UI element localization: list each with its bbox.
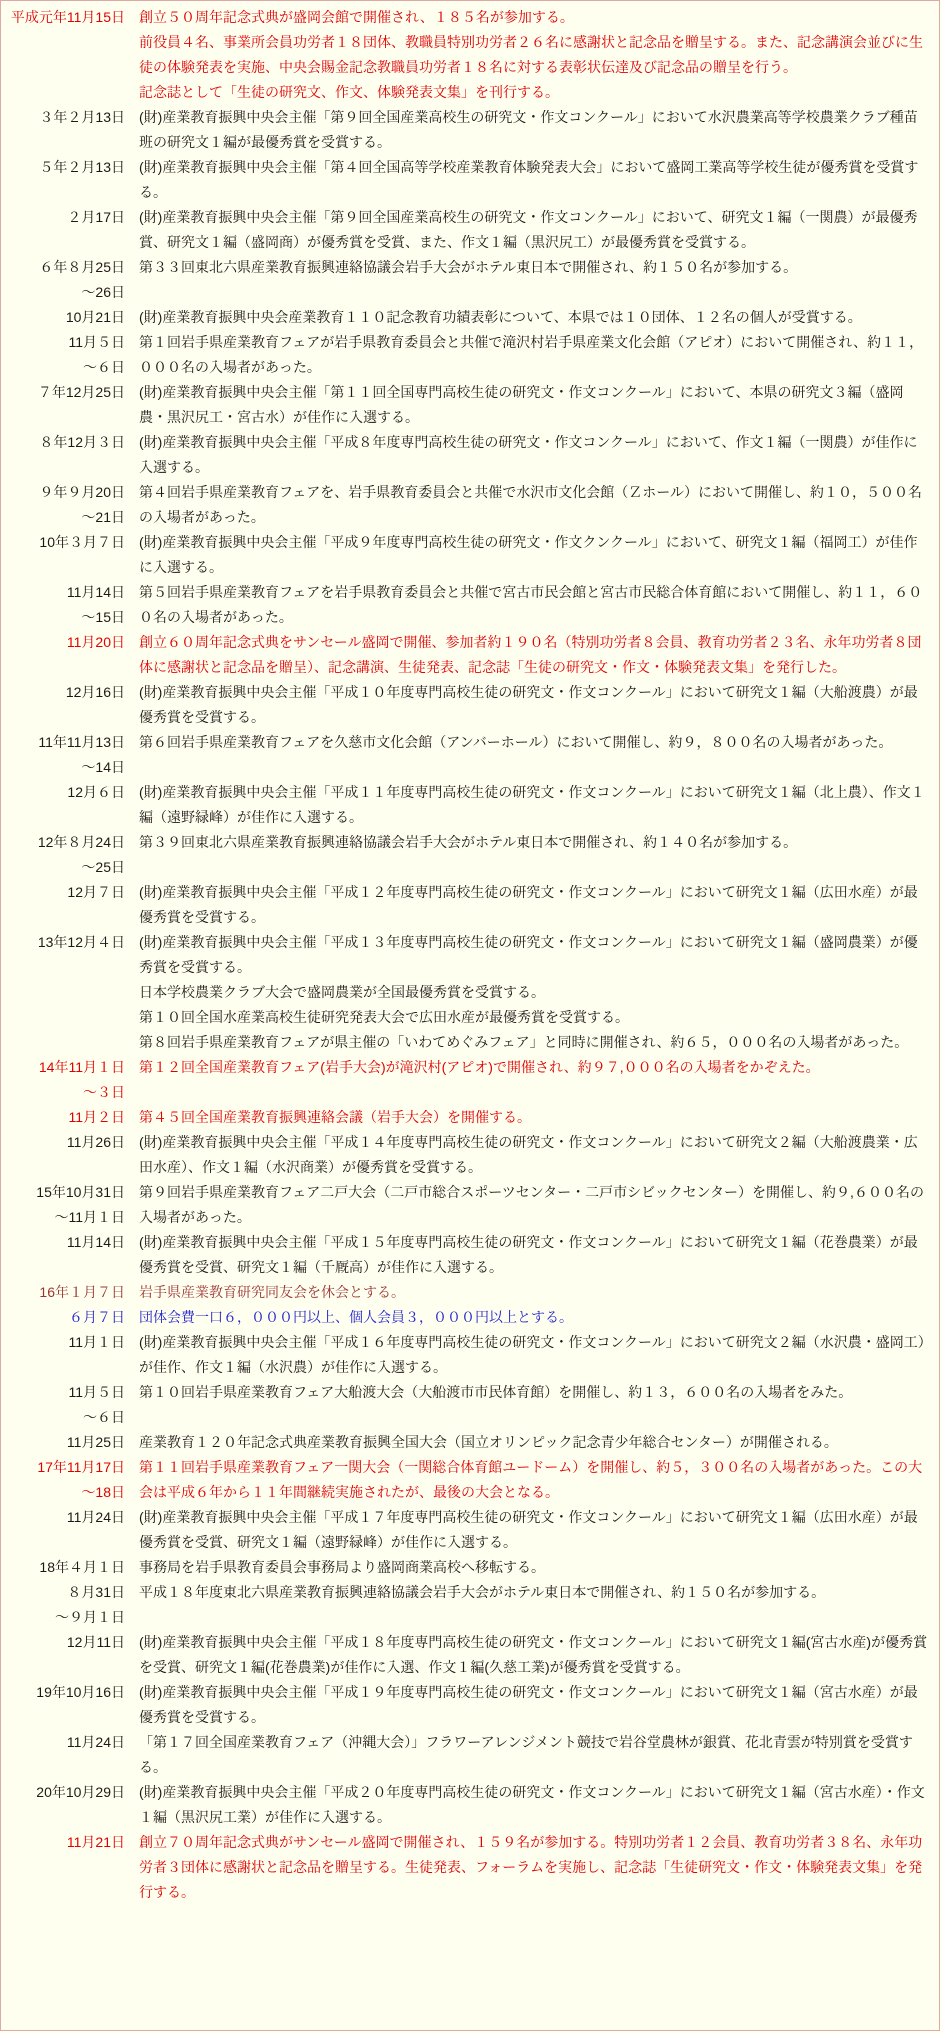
date-cell: 11月14日 (1, 1230, 129, 1255)
description-paragraph: 第９回岩手県産業教育フェア二戸大会（二戸市総合スポーツセンター・二戸市シビックセ… (139, 1180, 931, 1230)
date-cell: 11月20日 (1, 630, 129, 655)
description-cell: (財)産業教育振興中央会産業教育１１０記念教育功績表彰について、本県では１０団体… (129, 305, 939, 330)
table-row: 19年10月16日 (財)産業教育振興中央会主催「平成１９年度専門高校生徒の研究… (1, 1680, 939, 1730)
date-cell: 11月24日 (1, 1505, 129, 1530)
table-row: 16年１月７日 岩手県産業教育研究同友会を休会とする。 (1, 1280, 939, 1305)
date-cell: ８年12月３日 (1, 430, 129, 455)
table-row: 11月１日 (財)産業教育振興中央会主催「平成１６年度専門高校生徒の研究文・作文… (1, 1330, 939, 1380)
description-paragraph: 産業教育１２０年記念式典産業教育振興全国大会（国立オリンピック記念青少年総合セン… (139, 1430, 931, 1455)
description-paragraph: (財)産業教育振興中央会主催「第９回全国産業高校生の研究文・作文コンクール」にお… (139, 205, 931, 255)
table-row: 11月21日 創立７０周年記念式典がサンセール盛岡で開催され、１５９名が参加する… (1, 1830, 939, 1905)
date-cell: 10月21日 (1, 305, 129, 330)
description-paragraph: (財)産業教育振興中央会主催「平成１１年度専門高校生徒の研究文・作文コンクール」… (139, 780, 931, 830)
date-line: 11月５日 (1, 1380, 125, 1405)
timeline-table: 平成元年11月15日 創立５０周年記念式典が盛岡会館で開催され、１８５名が参加す… (0, 0, 940, 2031)
table-row: 17年11月17日〜18日 第１１回岩手県産業教育フェア一関大会（一関総合体育館… (1, 1455, 939, 1505)
date-cell: ９年９月20日〜21日 (1, 480, 129, 530)
description-cell: 第６回岩手県産業教育フェアを久慈市文化会館（アンバーホール）において開催し、約９… (129, 730, 939, 755)
date-cell: ７年12月25日 (1, 380, 129, 405)
date-line: 12月16日 (1, 680, 125, 705)
date-cell: 12月６日 (1, 780, 129, 805)
table-row: 11月５日〜６日 第１０回岩手県産業教育フェア大船渡大会（大船渡市市民体育館）を… (1, 1380, 939, 1430)
description-cell: (財)産業教育振興中央会主催「平成１０年度専門高校生徒の研究文・作文コンクール」… (129, 680, 939, 730)
description-cell: 第３３回東北六県産業教育振興連絡協議会岩手大会がホテル東日本で開催され、約１５０… (129, 255, 939, 280)
date-cell: ５年２月13日 (1, 155, 129, 180)
description-cell: 第１回岩手県産業教育フェアが岩手県教育委員会と共催で滝沢村岩手県産業文化会館（ア… (129, 330, 939, 380)
description-cell: 産業教育１２０年記念式典産業教育振興全国大会（国立オリンピック記念青少年総合セン… (129, 1430, 939, 1455)
description-cell: 岩手県産業教育研究同友会を休会とする。 (129, 1280, 939, 1305)
description-cell: 団体会費一口６，０００円以上、個人会員３，０００円以上とする。 (129, 1305, 939, 1330)
description-paragraph: 第５回岩手県産業教育フェアを岩手県教育委員会と共催で宮古市民会館と宮古市民総合体… (139, 580, 931, 630)
date-line: ７年12月25日 (1, 380, 125, 405)
table-row: 11月２日 第４５回全国産業教育振興連絡会議（岩手大会）を開催する。 (1, 1105, 939, 1130)
date-line: 17年11月17日 (1, 1455, 125, 1480)
description-cell: (財)産業教育振興中央会主催「平成１７年度専門高校生徒の研究文・作文コンクール」… (129, 1505, 939, 1555)
table-row: 13年12月４日 (財)産業教育振興中央会主催「平成１３年度専門高校生徒の研究文… (1, 930, 939, 1055)
date-line: ３年２月13日 (1, 105, 125, 130)
table-row: ７年12月25日 (財)産業教育振興中央会主催「第１１回全国専門高校生徒の研究文… (1, 380, 939, 430)
description-cell: 第５回岩手県産業教育フェアを岩手県教育委員会と共催で宮古市民会館と宮古市民総合体… (129, 580, 939, 630)
date-line: 〜15日 (1, 605, 125, 630)
description-paragraph: 記念誌として「生徒の研究文、作文、体験発表文集」を刊行する。 (139, 80, 931, 105)
date-cell: 15年10月31日〜11月１日 (1, 1180, 129, 1230)
date-cell: 11年11月13日〜14日 (1, 730, 129, 780)
table-row: 18年４月１日 事務局を岩手県教育委員会事務局より盛岡商業高校へ移転する。 (1, 1555, 939, 1580)
table-row: 11月20日 創立６０周年記念式典をサンセール盛岡で開催、参加者約１９０名（特別… (1, 630, 939, 680)
description-paragraph: (財)産業教育振興中央会主催「平成９年度専門高校生徒の研究文・作文クンクール」に… (139, 530, 931, 580)
description-paragraph: 第４５回全国産業教育振興連絡会議（岩手大会）を開催する。 (139, 1105, 931, 1130)
table-row: ６年８月25日〜26日 第３３回東北六県産業教育振興連絡協議会岩手大会がホテル東… (1, 255, 939, 305)
table-row: ８年12月３日 (財)産業教育振興中央会主催「平成８年度専門高校生徒の研究文・作… (1, 430, 939, 480)
date-line: 11月２日 (1, 1105, 125, 1130)
description-paragraph: 第１０回岩手県産業教育フェア大船渡大会（大船渡市市民体育館）を開催し、約１３，６… (139, 1380, 931, 1405)
date-line: 11月21日 (1, 1830, 125, 1855)
date-cell: 17年11月17日〜18日 (1, 1455, 129, 1505)
description-paragraph: (財)産業教育振興中央会主催「平成１３年度専門高校生徒の研究文・作文コンクール」… (139, 930, 931, 980)
description-paragraph: 団体会費一口６，０００円以上、個人会員３，０００円以上とする。 (139, 1305, 931, 1330)
date-line: 11月26日 (1, 1130, 125, 1155)
description-cell: (財)産業教育振興中央会主催「平成１３年度専門高校生徒の研究文・作文コンクール」… (129, 930, 939, 1055)
table-row: 20年10月29日 (財)産業教育振興中央会主催「平成２０年度専門高校生徒の研究… (1, 1780, 939, 1830)
description-paragraph: (財)産業教育振興中央会主催「平成１４年度専門高校生徒の研究文・作文コンクール」… (139, 1130, 931, 1180)
date-line: 19年10月16日 (1, 1680, 125, 1705)
table-row: 11月24日 (財)産業教育振興中央会主催「平成１７年度専門高校生徒の研究文・作… (1, 1505, 939, 1555)
date-line: 11月25日 (1, 1430, 125, 1455)
description-paragraph: (財)産業教育振興中央会主催「第９回全国産業高校生の研究文・作文コンクール」にお… (139, 105, 931, 155)
description-paragraph: 日本学校農業クラブ大会で盛岡農業が全国最優秀賞を受賞する。 (139, 980, 931, 1005)
description-cell: (財)産業教育振興中央会主催「平成１６年度専門高校生徒の研究文・作文コンクール」… (129, 1330, 939, 1380)
description-cell: (財)産業教育振興中央会主催「第４回全国高等学校産業教育体験発表大会」において盛… (129, 155, 939, 205)
description-cell: (財)産業教育振興中央会主催「第１１回全国専門高校生徒の研究文・作文コンクール」… (129, 380, 939, 430)
date-line: 18年４月１日 (1, 1555, 125, 1580)
date-cell: 12月16日 (1, 680, 129, 705)
date-line: 11月24日 (1, 1505, 125, 1530)
date-cell: 11月５日〜６日 (1, 1380, 129, 1430)
description-paragraph: 創立６０周年記念式典をサンセール盛岡で開催、参加者約１９０名（特別功労者８会員、… (139, 630, 931, 680)
description-cell: 事務局を岩手県教育委員会事務局より盛岡商業高校へ移転する。 (129, 1555, 939, 1580)
table-row: 12月７日 (財)産業教育振興中央会主催「平成１２年度専門高校生徒の研究文・作文… (1, 880, 939, 930)
date-line: 11月５日 (1, 330, 125, 355)
table-row: ２月17日 (財)産業教育振興中央会主催「第９回全国産業高校生の研究文・作文コン… (1, 205, 939, 255)
table-row: 12年８月24日〜25日 第３９回東北六県産業教育振興連絡協議会岩手大会がホテル… (1, 830, 939, 880)
date-cell: 12月７日 (1, 880, 129, 905)
date-line: 12月７日 (1, 880, 125, 905)
description-cell: (財)産業教育振興中央会主催「第９回全国産業高校生の研究文・作文コンクール」にお… (129, 205, 939, 255)
date-line: 11月14日 (1, 1230, 125, 1255)
date-line: 14年11月１日 (1, 1055, 125, 1080)
description-cell: 第１０回岩手県産業教育フェア大船渡大会（大船渡市市民体育館）を開催し、約１３，６… (129, 1380, 939, 1405)
date-line: 10年３月７日 (1, 530, 125, 555)
description-cell: 第３９回東北六県産業教育振興連絡協議会岩手大会がホテル東日本で開催され、約１４０… (129, 830, 939, 855)
date-cell: 平成元年11月15日 (1, 5, 129, 30)
description-paragraph: 第６回岩手県産業教育フェアを久慈市文化会館（アンバーホール）において開催し、約９… (139, 730, 931, 755)
table-row: 12月11日 (財)産業教育振興中央会主催「平成１８年度専門高校生徒の研究文・作… (1, 1630, 939, 1680)
description-cell: (財)産業教育振興中央会主催「平成１９年度専門高校生徒の研究文・作文コンクール」… (129, 1680, 939, 1730)
table-row: 15年10月31日〜11月１日 第９回岩手県産業教育フェア二戸大会（二戸市総合ス… (1, 1180, 939, 1230)
description-cell: (財)産業教育振興中央会主催「平成１５年度専門高校生徒の研究文・作文コンクール」… (129, 1230, 939, 1280)
description-paragraph: 「第１７回全国産業教育フェア（沖縄大会）」フラワーアレンジメント競技で岩谷堂農林… (139, 1730, 931, 1780)
date-line: ６年８月25日 (1, 255, 125, 280)
table-row: 11月５日〜６日 第１回岩手県産業教育フェアが岩手県教育委員会と共催で滝沢村岩手… (1, 330, 939, 380)
table-row: 12月６日 (財)産業教育振興中央会主催「平成１１年度専門高校生徒の研究文・作文… (1, 780, 939, 830)
date-cell: 11月１日 (1, 1330, 129, 1355)
date-line: ９年９月20日 (1, 480, 125, 505)
description-paragraph: (財)産業教育振興中央会主催「平成１０年度専門高校生徒の研究文・作文コンクール」… (139, 680, 931, 730)
description-paragraph: (財)産業教育振興中央会主催「第１１回全国専門高校生徒の研究文・作文コンクール」… (139, 380, 931, 430)
description-paragraph: 創立５０周年記念式典が盛岡会館で開催され、１８５名が参加する。 (139, 5, 931, 30)
description-paragraph: (財)産業教育振興中央会主催「平成１８年度専門高校生徒の研究文・作文コンクール」… (139, 1630, 931, 1680)
description-paragraph: (財)産業教育振興中央会主催「平成１２年度専門高校生徒の研究文・作文コンクール」… (139, 880, 931, 930)
date-cell: 11月25日 (1, 1430, 129, 1455)
table-row: 11月14日〜15日 第５回岩手県産業教育フェアを岩手県教育委員会と共催で宮古市… (1, 580, 939, 630)
date-line: 〜21日 (1, 505, 125, 530)
description-paragraph: (財)産業教育振興中央会主催「平成１７年度専門高校生徒の研究文・作文コンクール」… (139, 1505, 931, 1555)
description-cell: 第９回岩手県産業教育フェア二戸大会（二戸市総合スポーツセンター・二戸市シビックセ… (129, 1180, 939, 1230)
date-cell: 11月21日 (1, 1830, 129, 1855)
description-paragraph: (財)産業教育振興中央会主催「平成１６年度専門高校生徒の研究文・作文コンクール」… (139, 1330, 931, 1380)
table-row: 10月21日 (財)産業教育振興中央会産業教育１１０記念教育功績表彰について、本… (1, 305, 939, 330)
date-line: 〜14日 (1, 755, 125, 780)
date-cell: ６月７日 (1, 1305, 129, 1330)
table-row: 12月16日 (財)産業教育振興中央会主催「平成１０年度専門高校生徒の研究文・作… (1, 680, 939, 730)
history-page: 平成元年11月15日 創立５０周年記念式典が盛岡会館で開催され、１８５名が参加す… (0, 0, 942, 2033)
date-line: ８年12月３日 (1, 430, 125, 455)
description-cell: (財)産業教育振興中央会主催「平成８年度専門高校生徒の研究文・作文コンクール」に… (129, 430, 939, 480)
date-line: 11月20日 (1, 630, 125, 655)
description-cell: (財)産業教育振興中央会主催「平成１２年度専門高校生徒の研究文・作文コンクール」… (129, 880, 939, 930)
table-row: ５年２月13日 (財)産業教育振興中央会主催「第４回全国高等学校産業教育体験発表… (1, 155, 939, 205)
table-row: 14年11月１日〜３日 第１２回全国産業教育フェア(岩手大会)が滝沢村(アピオ)… (1, 1055, 939, 1105)
date-line: ５年２月13日 (1, 155, 125, 180)
description-paragraph: 第３９回東北六県産業教育振興連絡協議会岩手大会がホテル東日本で開催され、約１４０… (139, 830, 931, 855)
description-cell: 創立６０周年記念式典をサンセール盛岡で開催、参加者約１９０名（特別功労者８会員、… (129, 630, 939, 680)
description-paragraph: (財)産業教育振興中央会主催「平成１９年度専門高校生徒の研究文・作文コンクール」… (139, 1680, 931, 1730)
date-cell: 18年４月１日 (1, 1555, 129, 1580)
date-cell: ３年２月13日 (1, 105, 129, 130)
date-line: 11年11月13日 (1, 730, 125, 755)
date-cell: ２月17日 (1, 205, 129, 230)
date-cell: 10年３月７日 (1, 530, 129, 555)
date-cell: 11月26日 (1, 1130, 129, 1155)
date-line: 16年１月７日 (1, 1280, 125, 1305)
description-cell: 第４５回全国産業教育振興連絡会議（岩手大会）を開催する。 (129, 1105, 939, 1130)
description-paragraph: 平成１８年度東北六県産業教育振興連絡協議会岩手大会がホテル東日本で開催され、約１… (139, 1580, 931, 1605)
table-row: ９年９月20日〜21日 第４回岩手県産業教育フェアを、岩手県教育委員会と共催で水… (1, 480, 939, 530)
description-paragraph: 第１２回全国産業教育フェア(岩手大会)が滝沢村(アピオ)で開催され、約９７,００… (139, 1055, 931, 1080)
description-cell: 創立５０周年記念式典が盛岡会館で開催され、１８５名が参加する。前役員４名、事業所… (129, 5, 939, 105)
date-line: 12月６日 (1, 780, 125, 805)
description-paragraph: (財)産業教育振興中央会主催「平成１５年度専門高校生徒の研究文・作文コンクール」… (139, 1230, 931, 1280)
description-cell: 「第１７回全国産業教育フェア（沖縄大会）」フラワーアレンジメント競技で岩谷堂農林… (129, 1730, 939, 1780)
date-line: 〜11月１日 (1, 1205, 125, 1230)
date-line: 15年10月31日 (1, 1180, 125, 1205)
description-cell: 平成１８年度東北六県産業教育振興連絡協議会岩手大会がホテル東日本で開催され、約１… (129, 1580, 939, 1605)
description-paragraph: 岩手県産業教育研究同友会を休会とする。 (139, 1280, 931, 1305)
table-row: 10年３月７日 (財)産業教育振興中央会主催「平成９年度専門高校生徒の研究文・作… (1, 530, 939, 580)
date-line: 13年12月４日 (1, 930, 125, 955)
description-paragraph: (財)産業教育振興中央会主催「平成２０年度専門高校生徒の研究文・作文コンクール」… (139, 1780, 931, 1830)
date-line: 〜６日 (1, 1405, 125, 1430)
table-row: 平成元年11月15日 創立５０周年記念式典が盛岡会館で開催され、１８５名が参加す… (1, 5, 939, 105)
date-cell: 11月24日 (1, 1730, 129, 1755)
date-line: 〜６日 (1, 355, 125, 380)
date-cell: 16年１月７日 (1, 1280, 129, 1305)
date-line: 〜３日 (1, 1080, 125, 1105)
date-cell: 13年12月４日 (1, 930, 129, 955)
date-cell: 11月２日 (1, 1105, 129, 1130)
date-line: 10月21日 (1, 305, 125, 330)
description-cell: (財)産業教育振興中央会主催「平成９年度専門高校生徒の研究文・作文クンクール」に… (129, 530, 939, 580)
date-line: ２月17日 (1, 205, 125, 230)
date-line: 20年10月29日 (1, 1780, 125, 1805)
date-line: 平成元年11月15日 (1, 5, 125, 30)
table-row: 11月25日 産業教育１２０年記念式典産業教育振興全国大会（国立オリンピック記念… (1, 1430, 939, 1455)
description-paragraph: 第１０回全国水産業高校生徒研究発表大会で広田水産が最優秀賞を受賞する。 (139, 1005, 931, 1030)
date-line: 〜９月１日 (1, 1605, 125, 1630)
description-cell: 第４回岩手県産業教育フェアを、岩手県教育委員会と共催で水沢市文化会館（Ｚホール）… (129, 480, 939, 530)
description-cell: (財)産業教育振興中央会主催「平成１４年度専門高校生徒の研究文・作文コンクール」… (129, 1130, 939, 1180)
table-row: 11月26日 (財)産業教育振興中央会主催「平成１４年度専門高校生徒の研究文・作… (1, 1130, 939, 1180)
date-line: ８月31日 (1, 1580, 125, 1605)
description-paragraph: (財)産業教育振興中央会主催「第４回全国高等学校産業教育体験発表大会」において盛… (139, 155, 931, 205)
description-paragraph: 第８回岩手県産業教育フェアが県主催の「いわてめぐみフェア」と同時に開催され、約６… (139, 1030, 931, 1055)
date-cell: 19年10月16日 (1, 1680, 129, 1705)
date-line: 〜25日 (1, 855, 125, 880)
date-line: 11月24日 (1, 1730, 125, 1755)
date-line: 〜18日 (1, 1480, 125, 1505)
description-cell: (財)産業教育振興中央会主催「平成１１年度専門高校生徒の研究文・作文コンクール」… (129, 780, 939, 830)
date-cell: 11月14日〜15日 (1, 580, 129, 630)
description-cell: 第１１回岩手県産業教育フェア一関大会（一関総合体育館ユードーム）を開催し、約５，… (129, 1455, 939, 1505)
table-row: 11月24日 「第１７回全国産業教育フェア（沖縄大会）」フラワーアレンジメント競… (1, 1730, 939, 1780)
description-paragraph: 事務局を岩手県教育委員会事務局より盛岡商業高校へ移転する。 (139, 1555, 931, 1580)
description-paragraph: (財)産業教育振興中央会産業教育１１０記念教育功績表彰について、本県では１０団体… (139, 305, 931, 330)
date-line: 12年８月24日 (1, 830, 125, 855)
description-cell: (財)産業教育振興中央会主催「平成１８年度専門高校生徒の研究文・作文コンクール」… (129, 1630, 939, 1680)
description-paragraph: 創立７０周年記念式典がサンセール盛岡で開催され、１５９名が参加する。特別功労者１… (139, 1830, 931, 1905)
table-row: ８月31日〜９月１日 平成１８年度東北六県産業教育振興連絡協議会岩手大会がホテル… (1, 1580, 939, 1630)
date-cell: ６年８月25日〜26日 (1, 255, 129, 305)
description-paragraph: 第４回岩手県産業教育フェアを、岩手県教育委員会と共催で水沢市文化会館（Ｚホール）… (139, 480, 931, 530)
date-cell: 12月11日 (1, 1630, 129, 1655)
description-paragraph: 第３３回東北六県産業教育振興連絡協議会岩手大会がホテル東日本で開催され、約１５０… (139, 255, 931, 280)
date-line: 11月14日 (1, 580, 125, 605)
table-row: ３年２月13日 (財)産業教育振興中央会主催「第９回全国産業高校生の研究文・作文… (1, 105, 939, 155)
description-cell: 創立７０周年記念式典がサンセール盛岡で開催され、１５９名が参加する。特別功労者１… (129, 1830, 939, 1905)
description-paragraph: 第１１回岩手県産業教育フェア一関大会（一関総合体育館ユードーム）を開催し、約５，… (139, 1455, 931, 1505)
description-cell: 第１２回全国産業教育フェア(岩手大会)が滝沢村(アピオ)で開催され、約９７,００… (129, 1055, 939, 1080)
description-paragraph: (財)産業教育振興中央会主催「平成８年度専門高校生徒の研究文・作文コンクール」に… (139, 430, 931, 480)
table-row: ６月７日 団体会費一口６，０００円以上、個人会員３，０００円以上とする。 (1, 1305, 939, 1330)
date-line: 11月１日 (1, 1330, 125, 1355)
date-cell: 11月５日〜６日 (1, 330, 129, 380)
description-cell: (財)産業教育振興中央会主催「第９回全国産業高校生の研究文・作文コンクール」にお… (129, 105, 939, 155)
description-paragraph: 第１回岩手県産業教育フェアが岩手県教育委員会と共催で滝沢村岩手県産業文化会館（ア… (139, 330, 931, 380)
date-line: 〜26日 (1, 280, 125, 305)
table-row: 11月14日 (財)産業教育振興中央会主催「平成１５年度専門高校生徒の研究文・作… (1, 1230, 939, 1280)
date-cell: ８月31日〜９月１日 (1, 1580, 129, 1630)
date-line: ６月７日 (1, 1305, 125, 1330)
description-cell: (財)産業教育振興中央会主催「平成２０年度専門高校生徒の研究文・作文コンクール」… (129, 1780, 939, 1830)
table-row: 11年11月13日〜14日 第６回岩手県産業教育フェアを久慈市文化会館（アンバー… (1, 730, 939, 780)
date-cell: 20年10月29日 (1, 1780, 129, 1805)
date-cell: 12年８月24日〜25日 (1, 830, 129, 880)
description-paragraph: 前役員４名、事業所会員功労者１８団体、教職員特別功労者２６名に感謝状と記念品を贈… (139, 30, 931, 80)
date-cell: 14年11月１日〜３日 (1, 1055, 129, 1105)
date-line: 12月11日 (1, 1630, 125, 1655)
